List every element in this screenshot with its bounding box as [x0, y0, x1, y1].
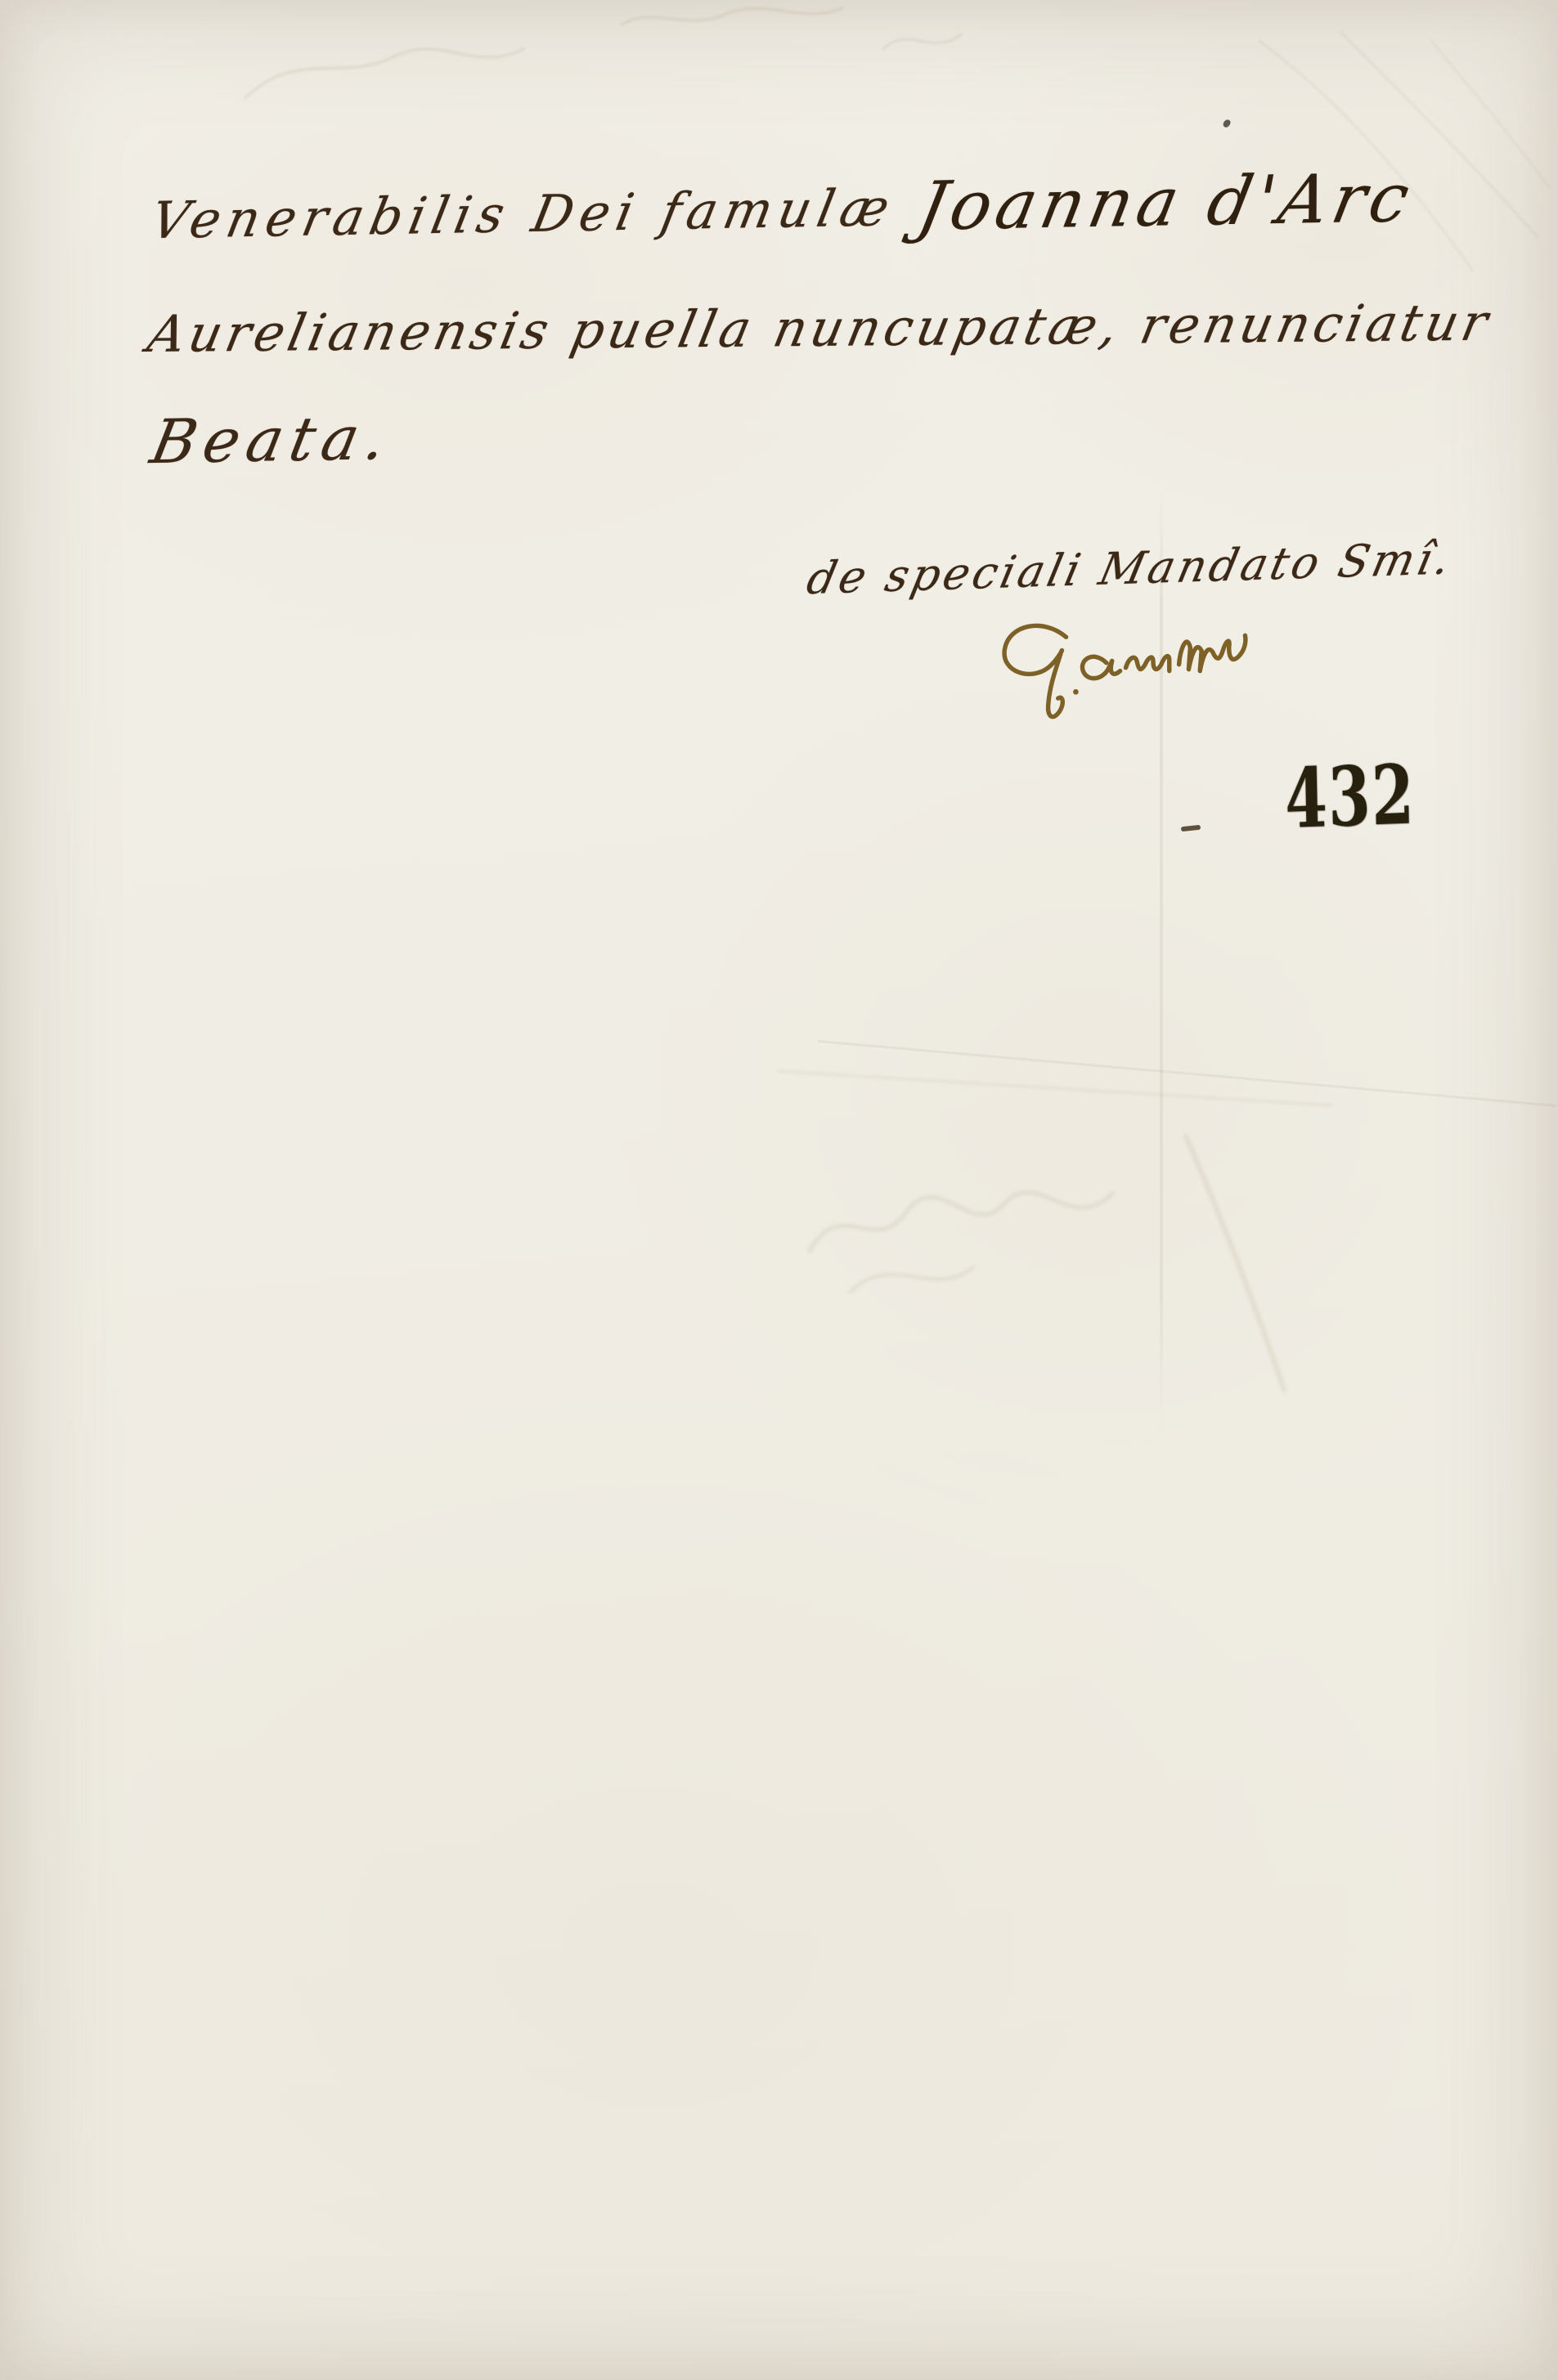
mandate-line: de speciali Mandato Smî. — [802, 532, 1458, 604]
manuscript-page: Venerabilis Dei famulæJoanna d'Arc Aurel… — [0, 0, 1558, 2380]
bleed-through-ghost-middle — [777, 1047, 1333, 1406]
manuscript-line-3: Beata. — [146, 403, 399, 477]
manuscript-line-2: Aurelianensis puella nuncupatæ, renuncia… — [143, 293, 1497, 364]
folio-number-stamp: 432 — [1284, 746, 1416, 847]
cardinal-signature — [986, 610, 1268, 745]
subject-name: Joanna d'Arc — [912, 159, 1421, 246]
title-line-prefix: Venerabilis Dei famulæ — [146, 177, 900, 250]
ink-dash-mark — [1181, 825, 1201, 831]
bleed-through-ghost-top — [196, 0, 973, 123]
